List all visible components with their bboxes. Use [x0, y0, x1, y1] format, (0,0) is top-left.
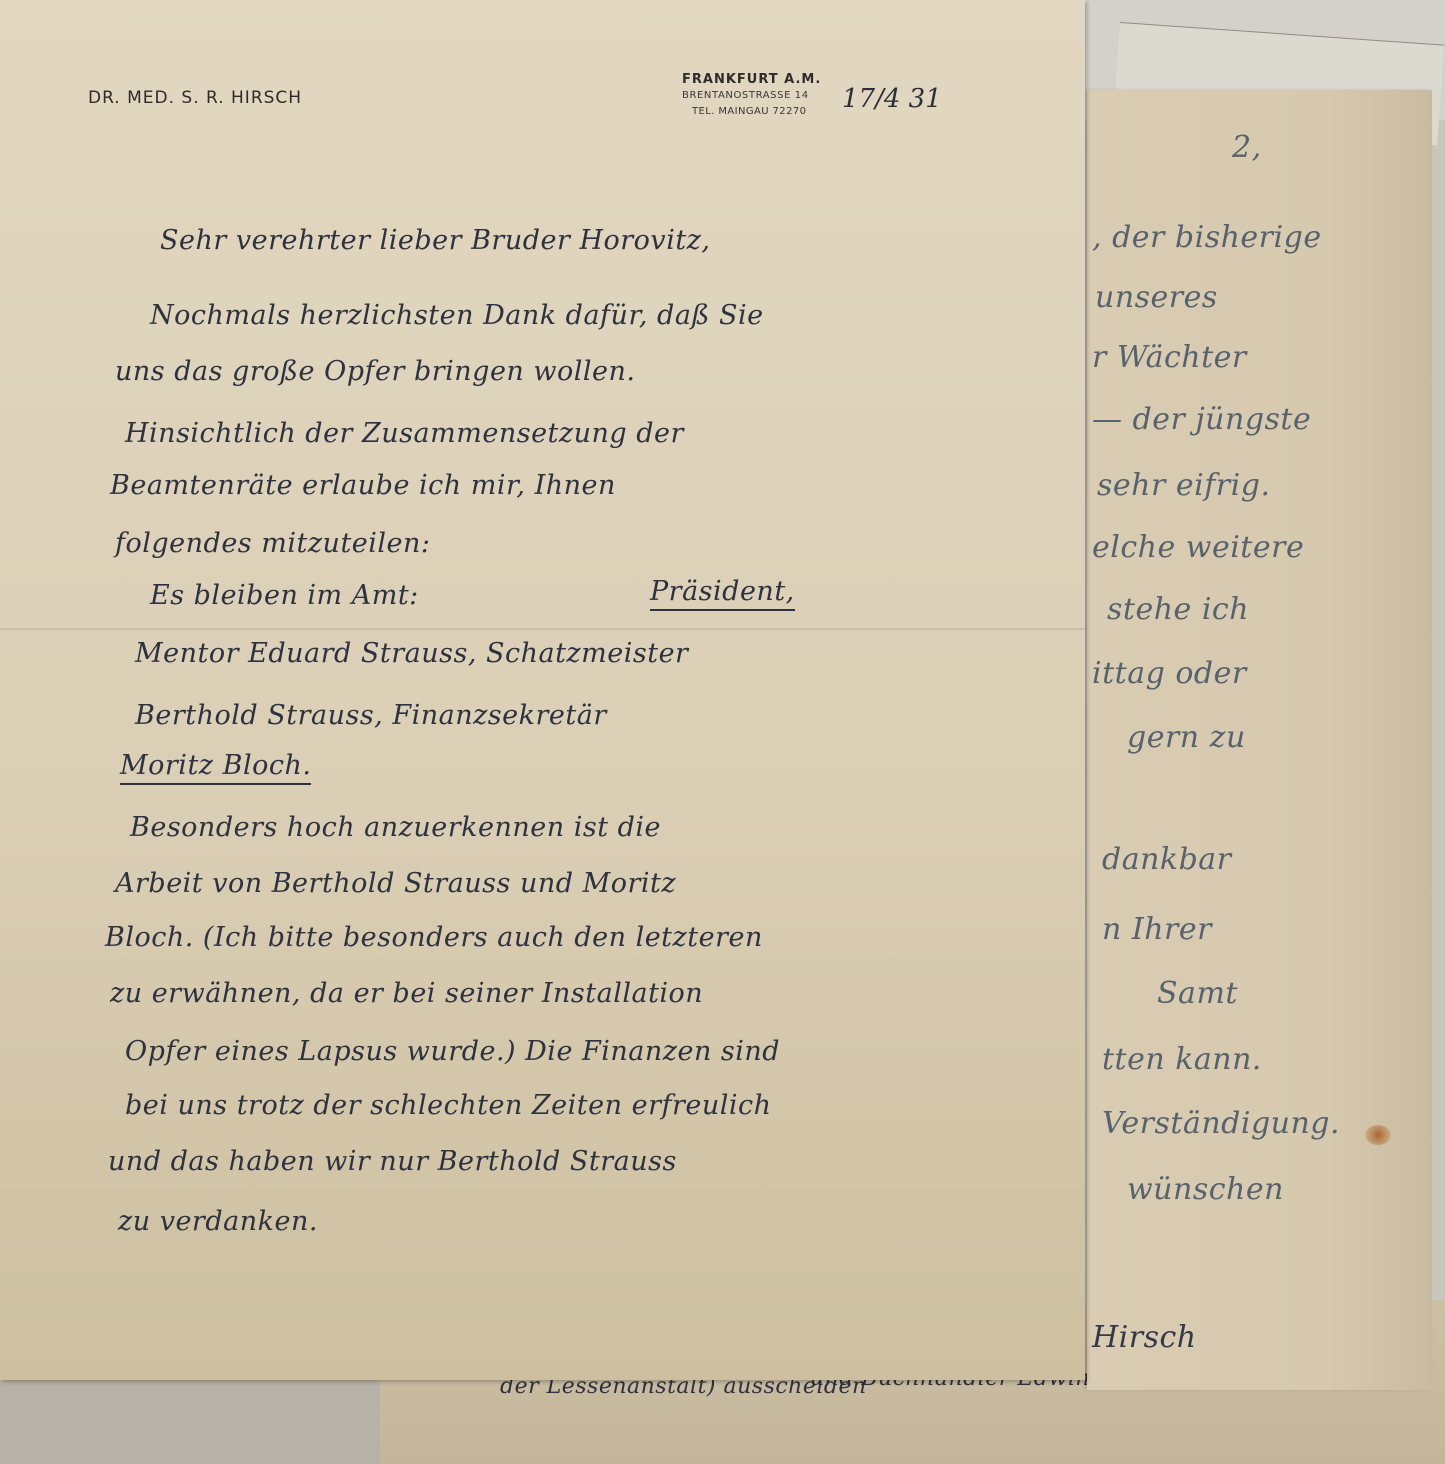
signature: Hirsch: [1092, 1320, 1197, 1355]
handwritten-line: zu erwähnen, da er bei seiner Installati…: [110, 978, 703, 1009]
handwritten-line: uns das große Opfer bringen wollen.: [115, 356, 636, 387]
handwritten-line: Es bleiben im Amt:: [150, 580, 419, 611]
letterhead-name: DR. MED. S. R. HIRSCH: [88, 88, 302, 108]
handwritten-line: Samt: [1157, 976, 1238, 1011]
handwritten-line: , der bisherige: [1092, 220, 1322, 255]
handwritten-line: Mentor Eduard Strauss, Schatzmeister: [135, 638, 688, 669]
handwritten-line: Arbeit von Berthold Strauss und Moritz: [115, 868, 676, 899]
fold-line: [0, 628, 1085, 630]
background-surface: [0, 1380, 390, 1464]
handwritten-line: dankbar: [1102, 842, 1232, 877]
handwritten-line: Nochmals herzlichsten Dank dafür, daß Si…: [150, 300, 764, 331]
handwritten-line: Besonders hoch anzuerkennen ist die: [130, 812, 661, 843]
handwritten-line: unseres: [1095, 280, 1218, 315]
handwritten-line: Hinsichtlich der Zusammensetzung der: [125, 418, 684, 449]
handwritten-line: elche weitere: [1092, 530, 1304, 565]
handwritten-line: Berthold Strauss, Finanzsekretär: [135, 700, 607, 731]
handwritten-line: n Ihrer: [1102, 912, 1212, 947]
handwritten-line: und das haben wir nur Berthold Strauss: [108, 1146, 677, 1177]
letter-page-one: DR. MED. S. R. HIRSCH FRANKFURT A.M. BRE…: [0, 0, 1085, 1380]
handwritten-line: zu verdanken.: [118, 1206, 318, 1237]
salutation: Sehr verehrter lieber Bruder Horovitz,: [160, 225, 710, 256]
letterhead-phone: TEL. MAINGAU 72270: [692, 106, 806, 117]
handwritten-line: Opfer eines Lapsus wurde.) Die Finanzen …: [125, 1036, 780, 1067]
underlined-title: Präsident,: [650, 576, 795, 611]
handwritten-line: stehe ich: [1107, 592, 1249, 627]
letterhead-street: BRENTANOSTRASSE 14: [682, 90, 809, 101]
handwritten-line: folgendes mitzuteilen:: [115, 528, 431, 559]
handwritten-line: sehr eifrig.: [1097, 468, 1270, 503]
handwritten-line: r Wächter: [1092, 340, 1247, 375]
handwritten-line: gern zu: [1127, 720, 1246, 755]
underlined-name: Moritz Bloch.: [120, 750, 311, 785]
page-number: 2,: [1232, 130, 1262, 165]
letter-page-two: 2, , der bisherige unseres r Wächter — d…: [1087, 90, 1432, 1390]
handwritten-line: Verständigung.: [1102, 1106, 1340, 1141]
handwritten-line: bei uns trotz der schlechten Zeiten erfr…: [125, 1090, 772, 1121]
handwritten-line: Beamtenräte erlaube ich mir, Ihnen: [110, 470, 616, 501]
handwritten-line: ittag oder: [1092, 656, 1247, 691]
handwritten-line: tten kann.: [1102, 1042, 1262, 1077]
handwritten-line: Bloch. (Ich bitte besonders auch den let…: [105, 922, 763, 953]
letter-date: 17/4 31: [842, 84, 942, 114]
letterhead-city: FRANKFURT A.M.: [682, 72, 821, 87]
ink-stain: [1365, 1125, 1391, 1145]
handwritten-line: — der jüngste: [1092, 402, 1311, 437]
handwritten-line: wünschen: [1127, 1172, 1284, 1207]
